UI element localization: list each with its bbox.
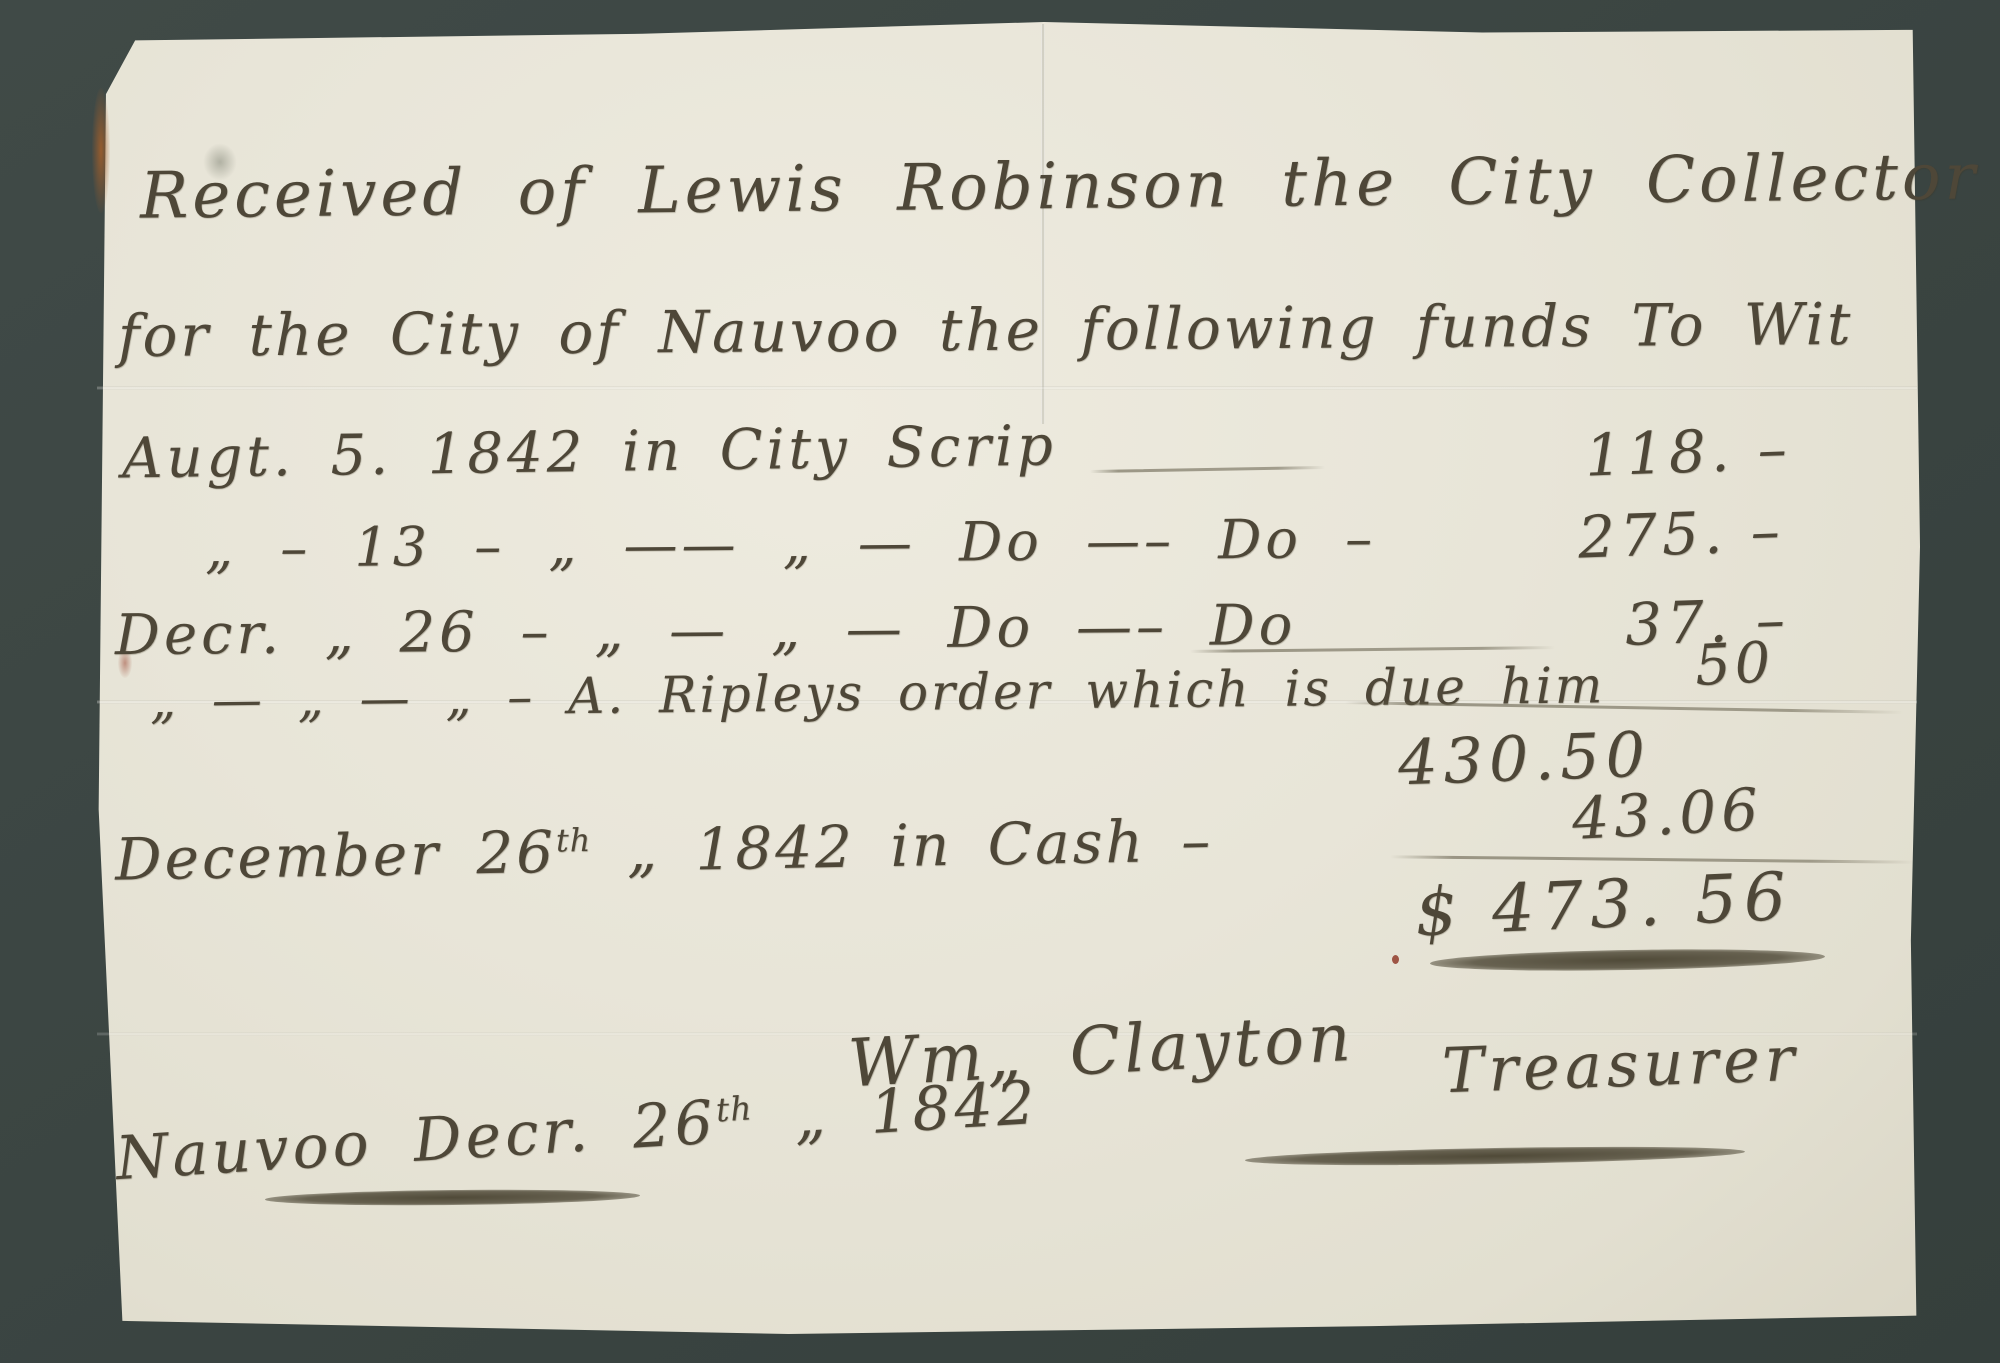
cash-row-date: December 26: [114, 818, 556, 894]
entry-row-2-label: „ – 13 – „ —— „ — Do —– Do –: [205, 507, 1377, 580]
total-value: $ 473. 56: [1414, 858, 1795, 951]
entry-row-1-amount: 118. –: [1584, 414, 1793, 489]
entry-row-4-amount: 50: [1693, 630, 1776, 699]
cash-row-amount: 43.06: [1570, 775, 1764, 853]
footer-ordinal: th: [715, 1088, 754, 1129]
cash-row-ordinal: th: [556, 821, 592, 860]
entry-row-3-label: Decr. „ 26 – „ — „ — Do —– Do: [115, 593, 1297, 668]
scanned-receipt-scene: Received of Lewis Robinson the City Coll…: [0, 0, 2000, 1363]
entry-row-2-amount: 275. –: [1577, 496, 1786, 571]
footer-year: „ 1842: [792, 1068, 1041, 1153]
entry-row-1-label: Augt. 5. 1842 in City Scrip: [122, 413, 1058, 491]
cash-row-rest: „ 1842 in Cash –: [626, 806, 1213, 884]
signature-title: Treasurer: [1441, 1022, 1801, 1107]
heading-line-2: for the City of Nauvoo the following fun…: [118, 290, 1854, 370]
